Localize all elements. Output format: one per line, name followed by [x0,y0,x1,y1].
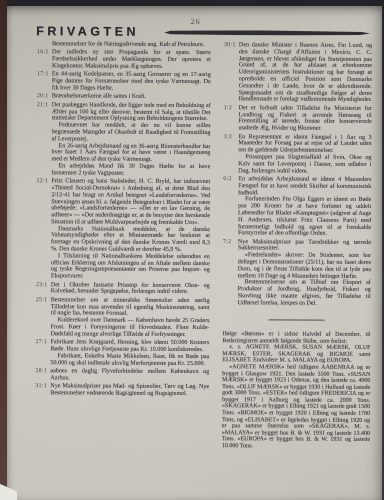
text-columns: Bestemmelser for de Næringsdrivende ang.… [35,41,372,500]
entry-paragraph: Det i Oktober fastsatte Prisstop for kon… [51,282,210,296]
entry-17-1: 17:1 En 44-aarig Kedelpasser, en 35-aari… [37,72,211,93]
entry-paragraph: I Tilslutning til Nationalbankens Meddel… [51,253,210,281]
entry-paragraph: Nye Maksimalpriser paa Tændstikker og tø… [238,239,371,253]
entry-paragraph: Fritz Clausen og hans Stabsleder, H. C. … [51,178,210,226]
masthead-title: FRIVAGTEN [36,24,139,39]
entry-date: 30:1 [224,42,239,103]
entry-paragraph: Den danske Minister i Buenos Aires, Fin … [239,42,372,104]
entry-paragraph: Fabrikant, Enkefru Marie Mikkelsen, Ikas… [50,353,209,367]
entry-date: 25:1 [36,297,51,338]
entry-date [37,41,52,48]
entry-date: 31:1 [35,383,50,397]
entry-date: 1:2 [223,105,238,132]
entry-25-1: 25:1 Bestemmelser om at mineralske Smøre… [36,297,210,339]
entry-23-1: 23:1 Det i Oktober fastsatte Prisstop fo… [36,282,210,297]
entry-22-1: 22:1 Fritz Clausen og hans Stabsleder, H… [36,178,210,281]
entry-date: 7:2 [223,239,238,307]
entry-16-1: 16:1 Der indledes ny stor Propaganda for… [37,50,211,71]
entry-date: 22:1 [36,178,52,280]
entry-date: 20:1 [37,94,52,101]
masthead: FRIVAGTEN [36,22,373,40]
entry-paragraph: Nye Maksimalpriser paa Mad- og Spiseolie… [50,383,209,397]
entry-28-1: 28:1 aabnes en daglig Flyveforbindelse m… [35,368,209,383]
entry-paragraph: Bestemmelser for de Næringsdrivende ang.… [52,41,211,49]
entry-paragraph: Prisstoppet paa Slagteriaffald af Svin, … [238,154,371,175]
entry-date: 27:1 [35,339,50,366]
entry-paragraph: aabnes en daglig Flyveforbindelse mellem… [50,368,209,382]
entry-31-1: 31:1 Nye Maksimalpriser paa Mad- og Spis… [35,383,209,398]
column-right: 30:1 Den danske Minister i Buenos Aires,… [222,42,373,500]
ships-note: Ifølge »Børsen« er i sidste Halvdel af D… [222,331,371,450]
entry-paragraph: Fedtnævnet har meddelt, at der nu vil ku… [52,122,211,143]
ships-paragraph: Ifølge »Børsen« er i sidste Halvdel af D… [222,331,370,345]
entry-paragraph: »Fædrelandet« skriver: De Studenter, som… [238,253,371,281]
entry-paragraph: En arbejdsløs Arbejdsmand er idømt 4 Maa… [238,176,371,197]
entry-paragraph: Der indledes ny stor Propaganda for at s… [52,50,211,71]
entry-20-1: 20:1 Brændselsmærkerne alle sattes i Kra… [37,94,211,102]
scanned-page: 26 FRIVAGTEN Bestemmelser for de Nærings… [7,6,382,500]
entry-paragraph: Kulderekord over Danmark — København hav… [51,317,210,338]
entry-3-2: 3:2 En Repræsentant er idømt Fængsel i 1… [223,134,371,176]
ships-paragraph: s. s. AGNETE MÆRSK, SUSAN MÆRSK, OLUF MÆ… [222,344,370,365]
entry-date: 28:1 [35,368,50,382]
entry-paragraph: Danmarks Nationalbank meddeler, at de da… [51,226,210,254]
entry-paragraph: Det er forbudt uden Tilladelse fra Minis… [238,105,371,133]
entry-21-1: 21:1 Det paalægges Handlende, der ligger… [36,102,210,178]
entry-continuation: Bestemmelser for de Næringsdrivende ang.… [37,41,211,49]
column-left: Bestemmelser for de Næringsdrivende ang.… [35,41,211,500]
entry-paragraph: En Repræsentant er idømt Fængsel i 1 Aar… [238,134,371,155]
entry-6-2: 6:2 En arbejdsløs Arbejdsmand er idømt 4… [223,176,371,238]
entry-date: 23:1 [36,282,51,296]
ships-paragraph: »AGNETE MÆRSK« hed tidligere AABENRAA og… [222,364,371,450]
entry-paragraph: Bestemmelserne om at Tilbud om Eksport a… [238,280,371,308]
entry-30-1: 30:1 Den danske Minister i Buenos Aires,… [224,42,372,104]
entry-date: 3:2 [223,134,238,175]
entry-paragraph: En 44-aarig Kedelpasser, en 35-aarig Gro… [52,72,211,93]
section-divider [269,319,325,321]
entry-paragraph: Forfatterinden Fru Olga Eggers er idømt … [238,197,371,238]
entry-date: 16:1 [37,50,52,70]
entry-paragraph: Det paalægges Handlende, der ligger inde… [52,102,211,123]
entry-paragraph: Bestemmelser om at mineralske Smøreolier… [51,297,210,318]
entry-7-2: 7:2 Nye Maksimalpriser paa Tændstikker o… [223,239,372,308]
entry-paragraph: En 26-aarig Arbejdsmand og en 36-aarig B… [51,143,210,164]
entry-1-2: 1:2 Det er forbudt uden Tilladelse fra M… [223,105,371,133]
entry-27-1: 27:1 Fabrikant Jens Krøjgaard, Herning, … [35,339,209,367]
entry-date: 6:2 [223,176,238,237]
entry-paragraph: En arbejdsløs Mand fik 30 Dages Hæfte fo… [51,163,210,177]
entry-paragraph: Brændselsmærkerne alle sattes i Kraft. [52,94,211,102]
entry-date: 21:1 [36,102,51,177]
entry-date: 17:1 [37,72,52,92]
masthead-rule [164,30,370,36]
page-content: 26 FRIVAGTEN Bestemmelser for de Nærings… [6,5,384,500]
entry-paragraph: Fabrikant Jens Krøjgaard, Herning, blev … [50,339,209,353]
